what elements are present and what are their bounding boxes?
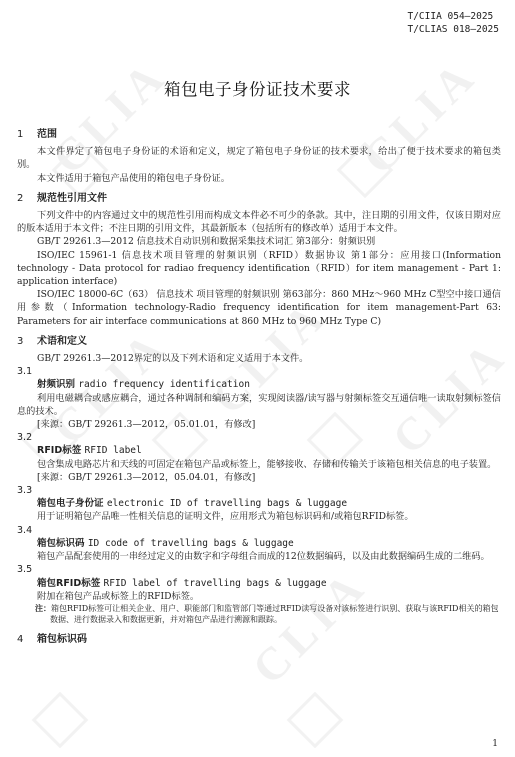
page-number: 1 [492, 739, 498, 749]
reference-item: ISO/IEC 18000-6C（63） 信息技术 项目管理的射频识别 第63部… [17, 288, 501, 328]
document-page: T/CIIA 054—2025 T/CLIAS 018—2025 箱包电子身份证… [0, 0, 515, 757]
reference-item: GB/T 29261.3—2012 信息技术自动识别和数据采集技术词汇 第3部分… [17, 235, 501, 248]
section-heading: 2规范性引用文件 [17, 192, 501, 205]
term-definition: 箱包产品配套使用的一串经过定义的由数字和字母组合而成的12位数据编码，以及由此数… [17, 550, 501, 563]
paragraph: GB/T 29261.3—2012界定的以及下列术语和定义适用于本文件。 [17, 352, 501, 365]
term-note: 注：箱包RFID标签可让相关企业、用户、职能部门和监管部门等通过RFID读写设备… [17, 603, 501, 626]
reference-item: ISO/IEC 15961-1 信息技术项目管理的射频识别（RFID）数据协议 … [17, 249, 501, 289]
term-title: RFID标签 RFID label [17, 444, 501, 457]
term-number: 3.3 [17, 484, 501, 497]
term-number: 3.4 [17, 524, 501, 537]
term-source: [来源：GB/T 29261.3—2012，05.01.01，有修改] [17, 418, 501, 431]
paragraph: 下列文件中的内容通过文中的规范性引用而构成文本件必不可少的条款。其中，注日期的引… [17, 209, 501, 235]
term-number: 3.5 [17, 563, 501, 576]
paragraph: 本文件适用于箱包产品使用的箱包电子身份证。 [17, 172, 501, 185]
term-number: 3.1 [17, 365, 501, 378]
term-definition: 包含集成电路芯片和天线的可固定在箱包产品或标签上，能够接收、存储和传输关于该箱包… [17, 458, 501, 471]
term-source: [来源：GB/T 29261.3—2012，05.04.01，有修改] [17, 471, 501, 484]
term-title: 箱包标识码 ID code of travelling bags & lugga… [17, 537, 501, 550]
section-heading: 4箱包标识码 [17, 633, 501, 646]
term-title: 箱包RFID标签 RFID label of travelling bags &… [17, 577, 501, 590]
standard-number-1: T/CIIA 054—2025 [407, 10, 499, 23]
paragraph: 本文件界定了箱包电子身份证的术语和定义，规定了箱包电子身份证的技术要求，给出了便… [17, 145, 501, 171]
section-heading: 3术语和定义 [17, 335, 501, 348]
standard-number-header: T/CIIA 054—2025 T/CLIAS 018—2025 [407, 10, 499, 36]
term-number: 3.2 [17, 431, 501, 444]
term-title: 箱包电子身份证 electronic ID of travelling bags… [17, 497, 501, 510]
term-definition: 附加在箱包产品或标签上的RFID标签。 [17, 590, 501, 603]
term-definition: 利用电磁耦合或感应耦合，通过各种调制和编码方案，实现阅读器/读写器与射频标签交互… [17, 392, 501, 418]
document-title: 箱包电子身份证技术要求 [0, 76, 515, 100]
standard-number-2: T/CLIAS 018—2025 [407, 23, 499, 36]
term-title: 射频识别 radio frequency identification [17, 378, 501, 391]
section-heading: 1范围 [17, 128, 501, 141]
document-body: 1范围 本文件界定了箱包电子身份证的术语和定义，规定了箱包电子身份证的技术要求，… [17, 128, 501, 646]
term-definition: 用于证明箱包产品唯一性相关信息的证明文件，应用形式为箱包标识码和/或箱包RFID… [17, 510, 501, 523]
